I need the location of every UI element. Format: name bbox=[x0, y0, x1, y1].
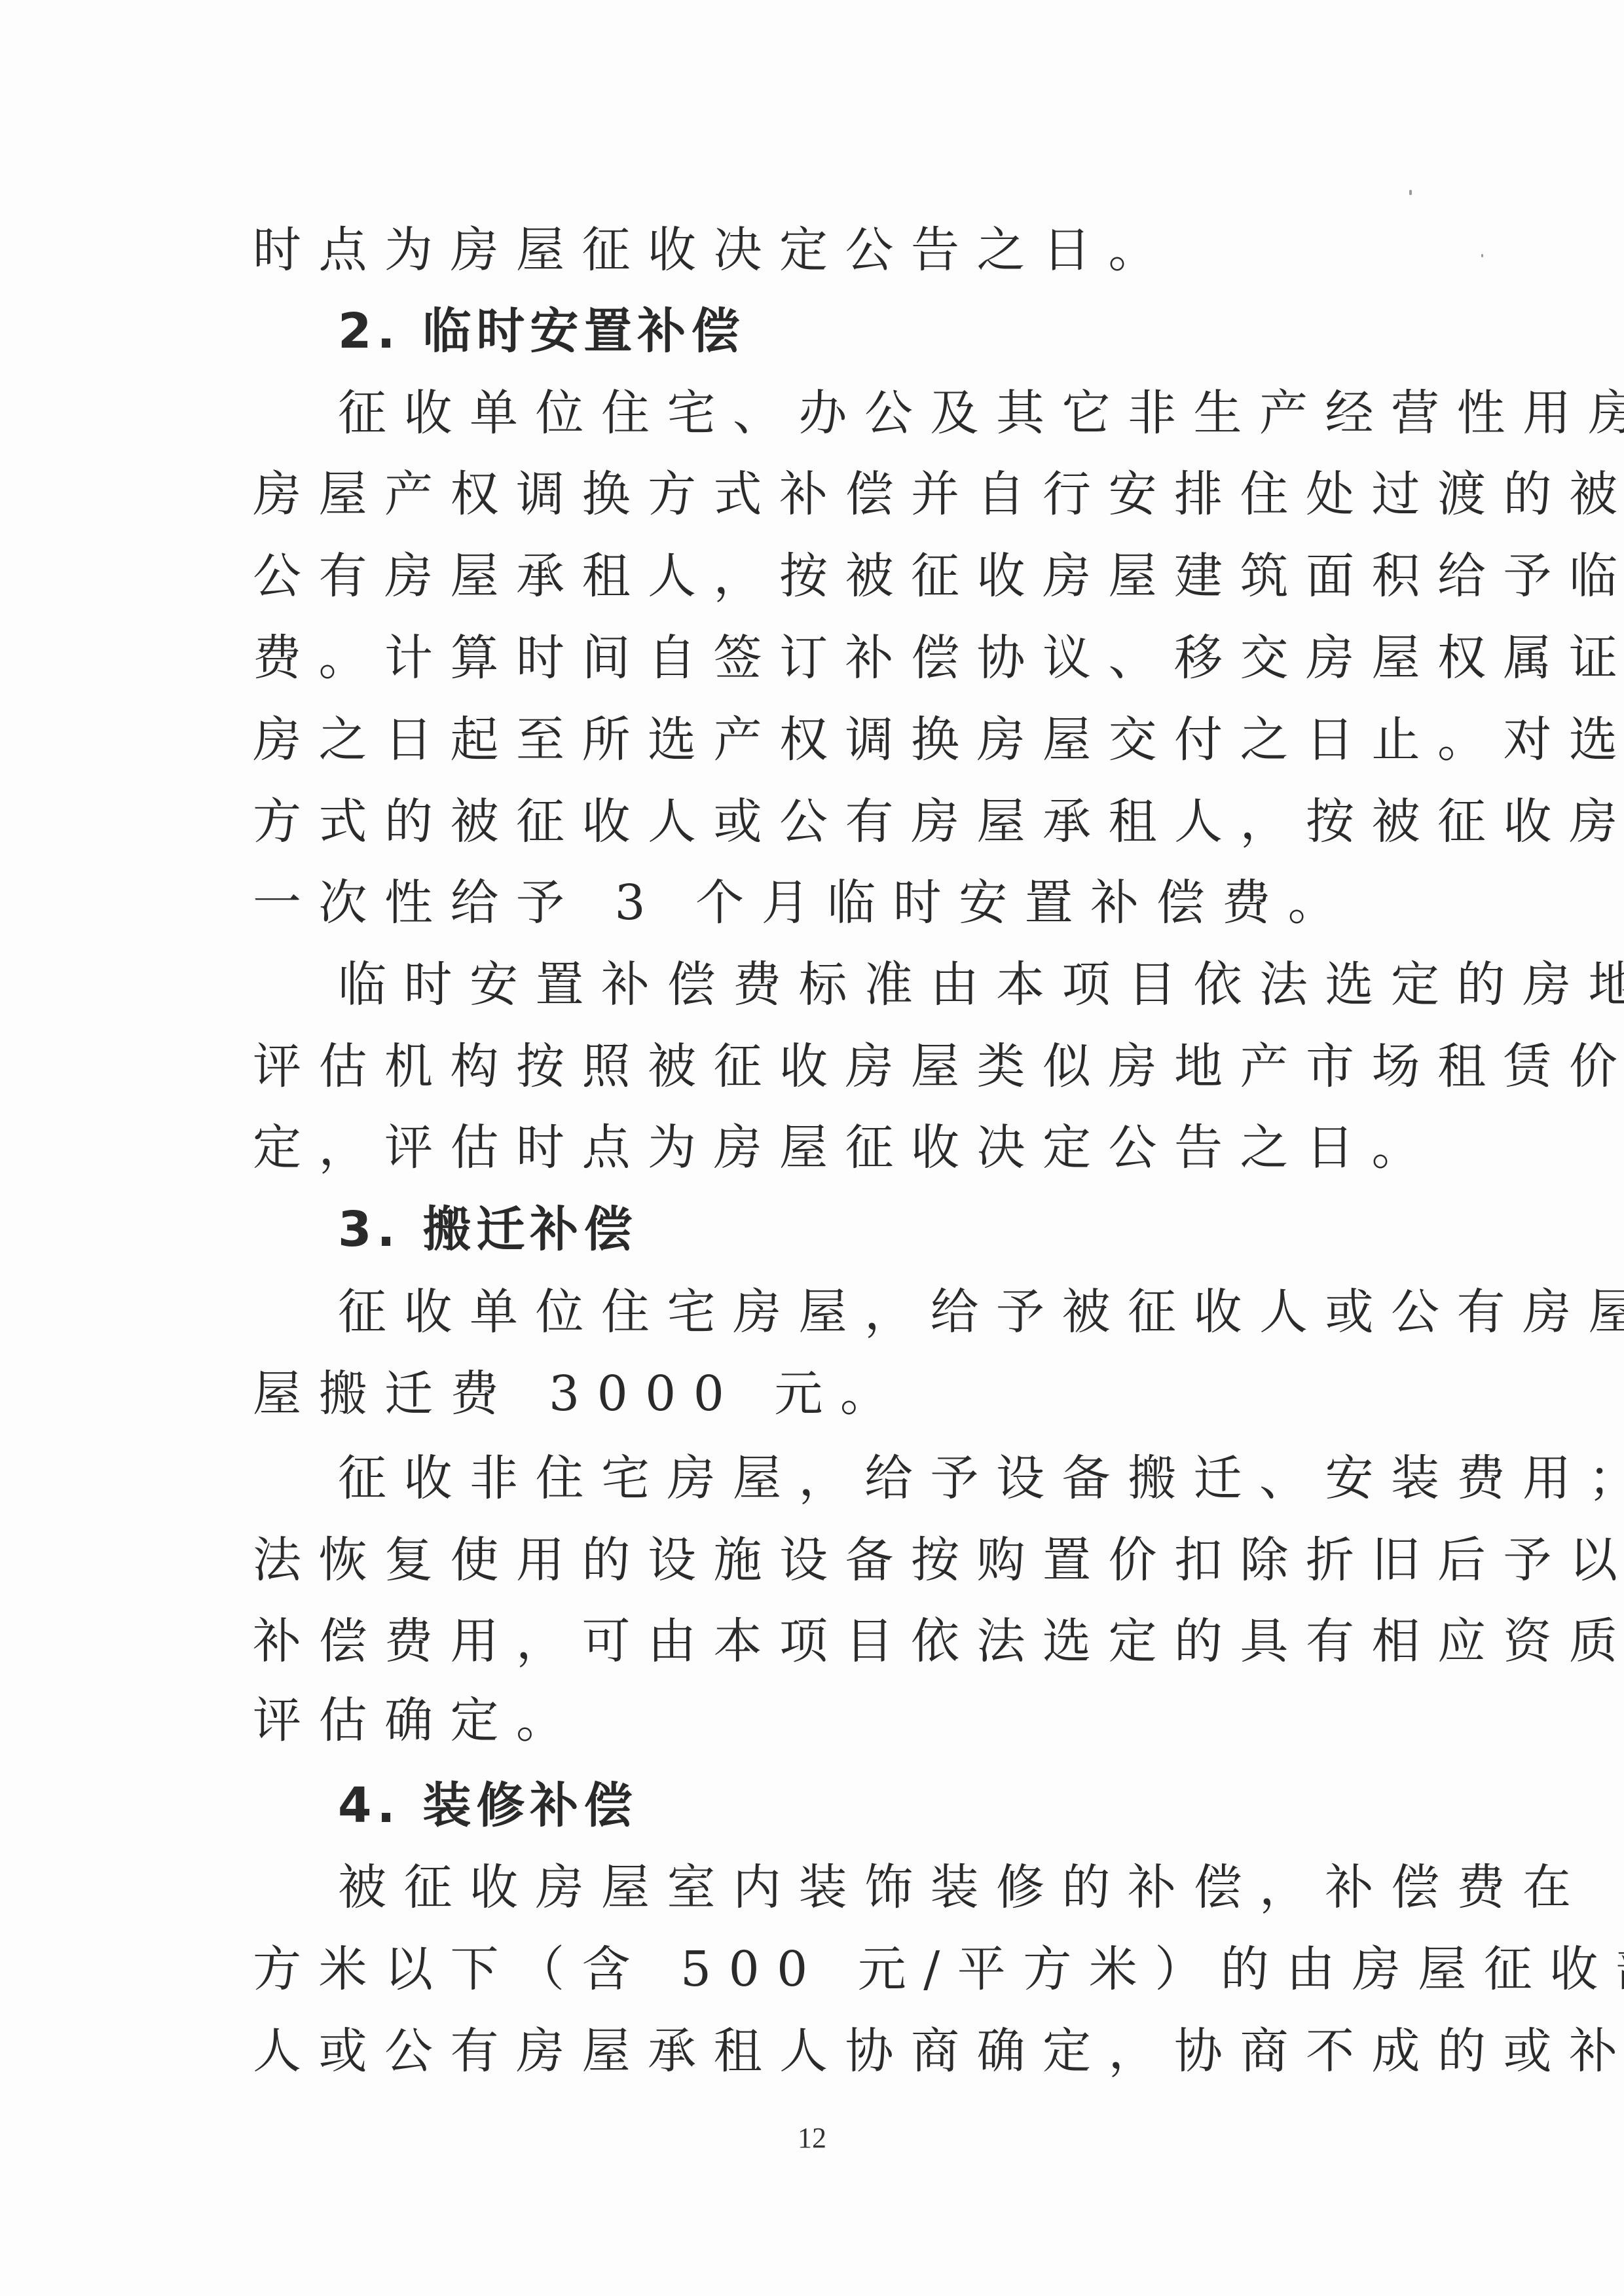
text-line: 公有房屋承租人，按被征收房屋建筑面积给予临时安置补偿 bbox=[253, 536, 1386, 617]
text-line: 法恢复使用的设施设备按购置价扣除折旧后予以补偿。前述 bbox=[253, 1520, 1386, 1601]
text-line: 屋搬迁费 3000 元。 bbox=[253, 1353, 1386, 1434]
text-line: 被征收房屋室内装饰装修的补偿，补偿费在 500 元/平 bbox=[338, 1847, 1386, 1928]
text-line: 评估机构按照被征收房屋类似房地产市场租赁价格评估确 bbox=[253, 1026, 1386, 1107]
text-line: 征收单位住宅、办公及其它非生产经营性用房，对选择 bbox=[338, 373, 1386, 454]
section-heading-temporary-resettlement: 2. 临时安置补偿 bbox=[338, 291, 1386, 372]
text-line: 方米以下（含 500 元/平方米）的由房屋征收部门和被征收 bbox=[253, 1929, 1386, 2010]
text-line: 方式的被征收人或公有房屋承租人，按被征收房屋建筑面积 bbox=[253, 781, 1386, 862]
document-page: 时点为房屋征收决定公告之日。 2. 临时安置补偿 征收单位住宅、办公及其它非生产… bbox=[0, 0, 1624, 2296]
scan-speck bbox=[1481, 254, 1483, 257]
text-line: 临时安置补偿费标准由本项目依法选定的房地产价格 bbox=[338, 944, 1386, 1025]
text-line: 费。计算时间自签订补偿协议、移交房屋权属证书并腾退交 bbox=[253, 617, 1386, 699]
text-line: 时点为房屋征收决定公告之日。 bbox=[253, 210, 1386, 291]
page-number: 12 bbox=[0, 2121, 1624, 2155]
scan-speck bbox=[1409, 190, 1412, 195]
section-heading-relocation: 3. 搬迁补偿 bbox=[338, 1189, 1386, 1270]
text-line: 征收单位住宅房屋，给予被征收人或公有房屋承租人房 bbox=[338, 1271, 1386, 1353]
text-line: 一次性给予 3 个月临时安置补偿费。 bbox=[253, 862, 1386, 943]
text-line: 评估确定。 bbox=[253, 1680, 1386, 1761]
section-heading-decoration: 4. 装修补偿 bbox=[338, 1765, 1386, 1846]
text-line: 房之日起至所选产权调换房屋交付之日止。对选择货币补偿 bbox=[253, 699, 1386, 780]
text-line: 定，评估时点为房屋征收决定公告之日。 bbox=[253, 1107, 1386, 1188]
text-line: 补偿费用，可由本项目依法选定的具有相应资质的评估机构 bbox=[253, 1601, 1386, 1682]
text-line: 人或公有房屋承租人协商确定，协商不成的或补偿标准超过 bbox=[253, 2011, 1386, 2092]
text-line: 房屋产权调换方式补偿并自行安排住处过渡的被征收人或 bbox=[253, 454, 1386, 535]
text-line: 征收非住宅房屋，给予设备搬迁、安装费用；搬迁后无 bbox=[338, 1438, 1386, 1519]
